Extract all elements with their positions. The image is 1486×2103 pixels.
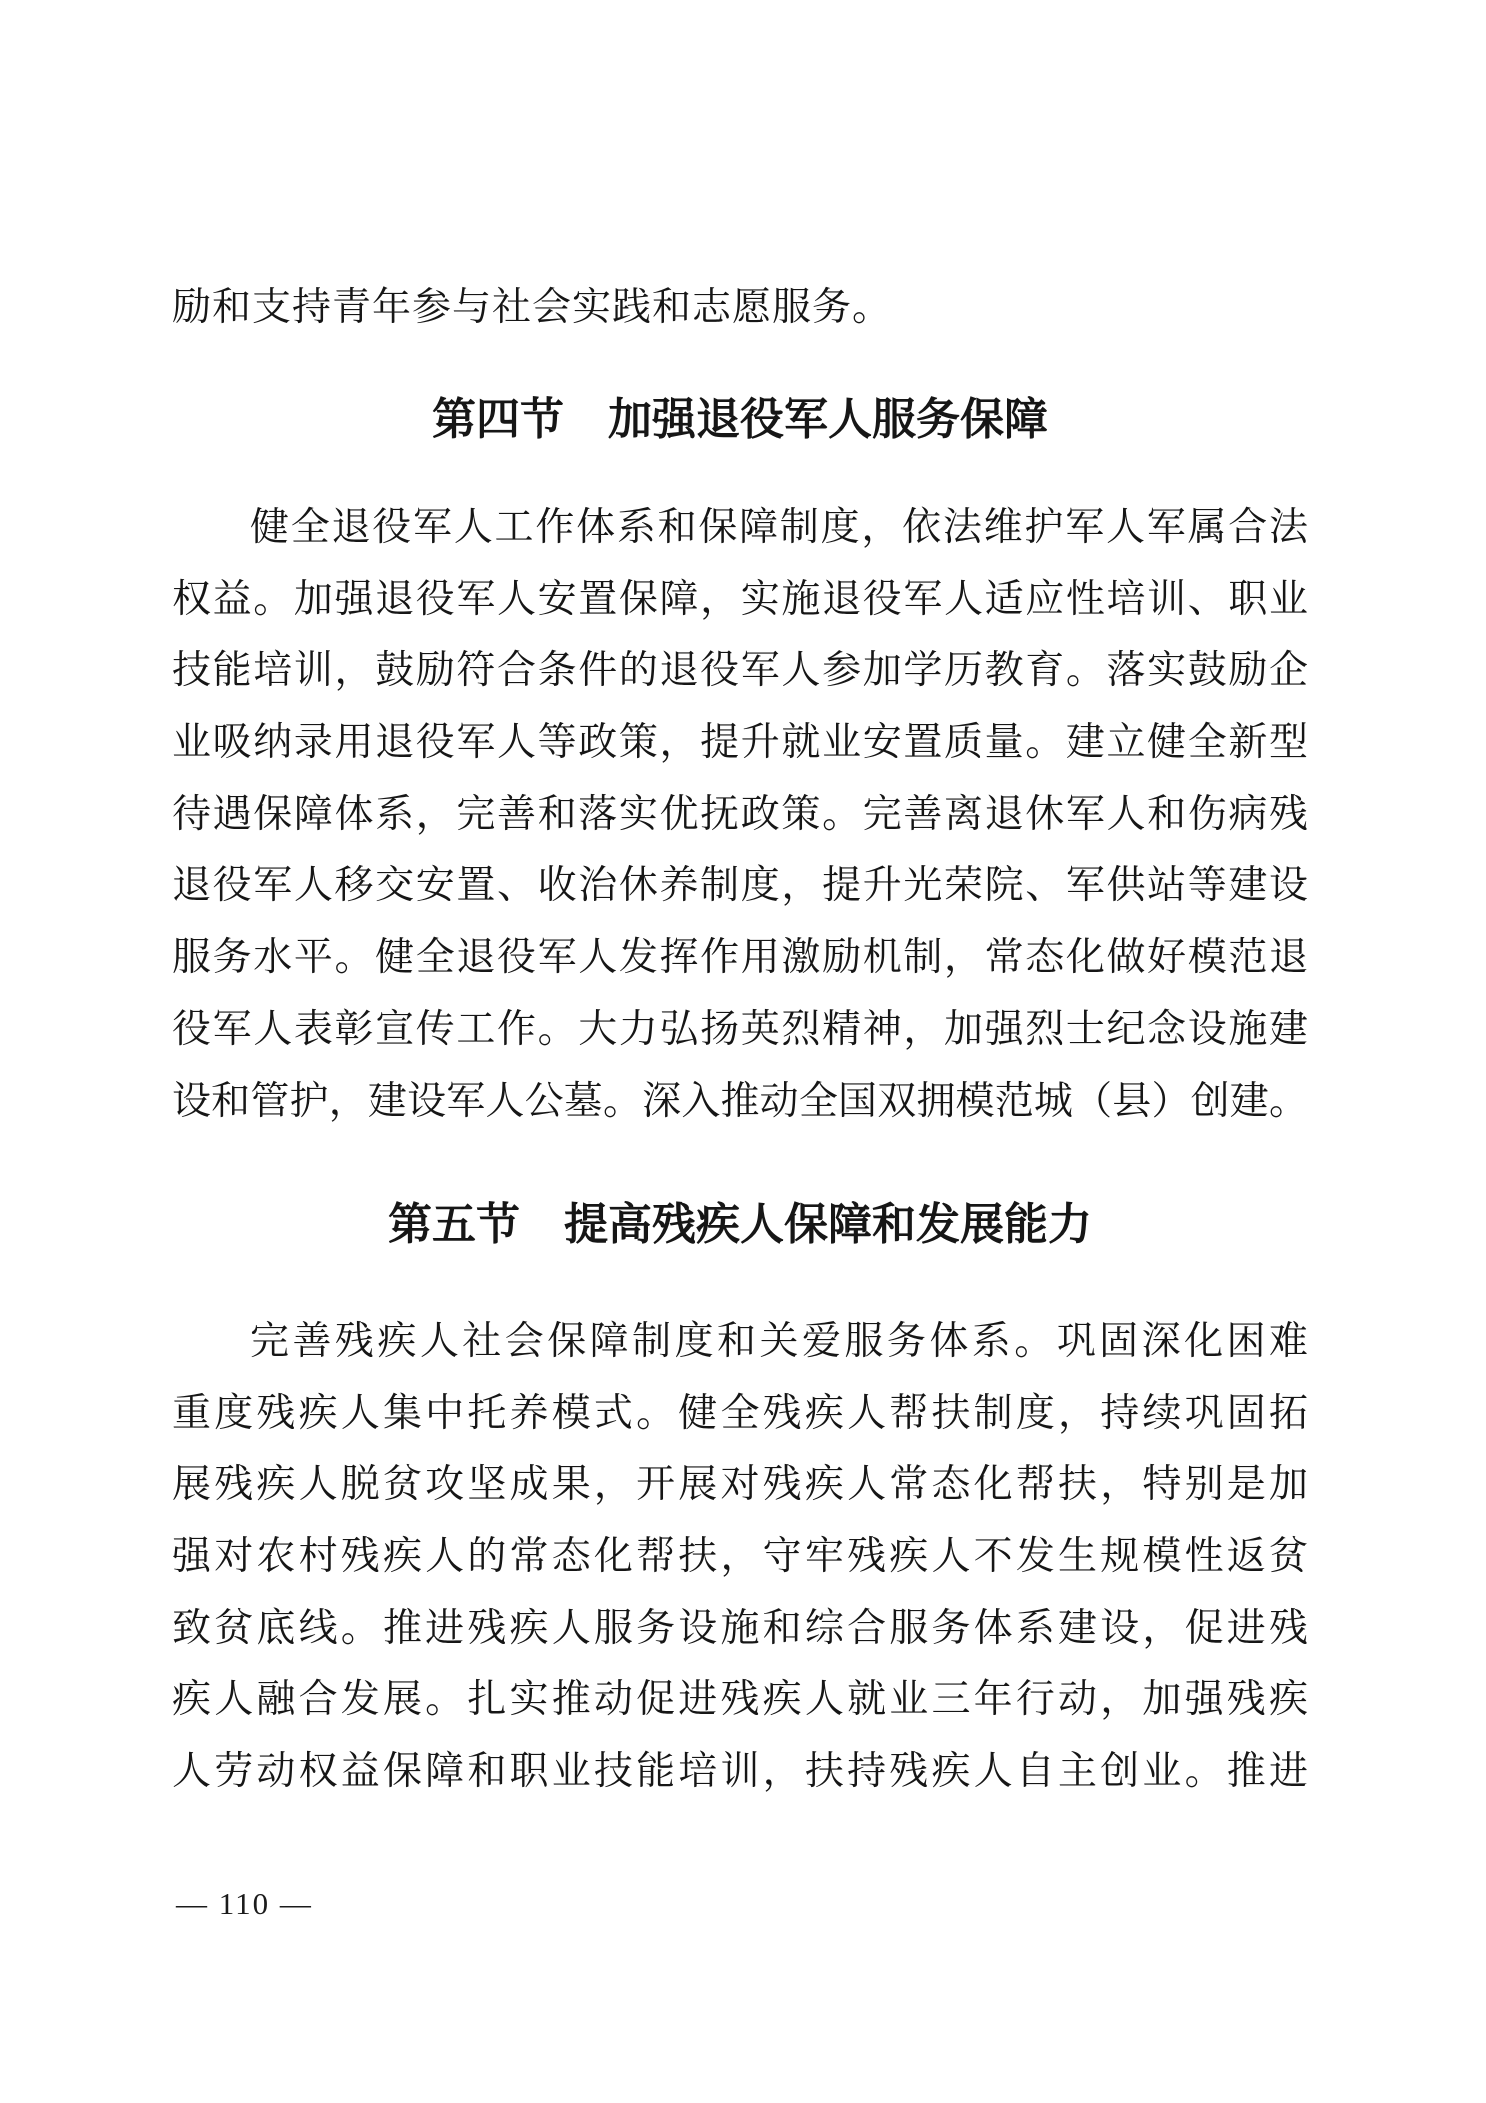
- text-line: 展残疾人脱贫攻坚成果，开展对残疾人常态化帮扶，特别是加: [172, 1449, 1308, 1521]
- text-line: 人劳动权益保障和职业技能培训，扶持残疾人自主创业。推进: [172, 1736, 1308, 1808]
- section-4-paragraph: 健全退役军人工作体系和保障制度，依法维护军人军属合法权益。加强退役军人安置保障，…: [172, 492, 1308, 1137]
- text-line: 完善残疾人社会保障制度和关爱服务体系。巩固深化困难: [172, 1306, 1308, 1378]
- text-line: 健全退役军人工作体系和保障制度，依法维护军人军属合法: [172, 492, 1308, 564]
- text-line: 设和管护，建设军人公墓。深入推动全国双拥模范城（县）创建。: [172, 1066, 1308, 1138]
- text-line: 强对农村残疾人的常态化帮扶，守牢残疾人不发生规模性返贫: [172, 1521, 1308, 1593]
- text-line: 服务水平。健全退役军人发挥作用激励机制，常态化做好模范退: [172, 922, 1308, 994]
- text-line: 技能培训，鼓励符合条件的退役军人参加学历教育。落实鼓励企: [172, 635, 1308, 707]
- text-line: 重度残疾人集中托养模式。健全残疾人帮扶制度，持续巩固拓: [172, 1378, 1308, 1450]
- text-line: 业吸纳录用退役军人等政策，提升就业安置质量。建立健全新型: [172, 707, 1308, 779]
- text-line: 待遇保障体系，完善和落实优抚政策。完善离退休军人和伤病残: [172, 779, 1308, 851]
- text-line: 退役军人移交安置、收治休养制度，提升光荣院、军供站等建设: [172, 850, 1308, 922]
- text-line: 致贫底线。推进残疾人服务设施和综合服务体系建设，促进残: [172, 1593, 1308, 1665]
- document-page: 励和支持青年参与社会实践和志愿服务。 第四节 加强退役军人服务保障 健全退役军人…: [0, 0, 1486, 2103]
- text-line: 权益。加强退役军人安置保障，实施退役军人适应性培训、职业: [172, 564, 1308, 636]
- section-5-paragraph: 完善残疾人社会保障制度和关爱服务体系。巩固深化困难重度残疾人集中托养模式。健全残…: [172, 1306, 1308, 1808]
- text-line: 疾人融合发展。扎实推动促进残疾人就业三年行动，加强残疾: [172, 1664, 1308, 1736]
- section-heading-4: 第四节 加强退役军人服务保障: [172, 384, 1308, 456]
- section-heading-5: 第五节 提高残疾人保障和发展能力: [172, 1189, 1308, 1261]
- paragraph-continuation-line: 励和支持青年参与社会实践和志愿服务。: [172, 272, 1308, 344]
- text-line: 役军人表彰宣传工作。大力弘扬英烈精神，加强烈士纪念设施建: [172, 994, 1308, 1066]
- page-number: — 110 —: [176, 1884, 313, 1924]
